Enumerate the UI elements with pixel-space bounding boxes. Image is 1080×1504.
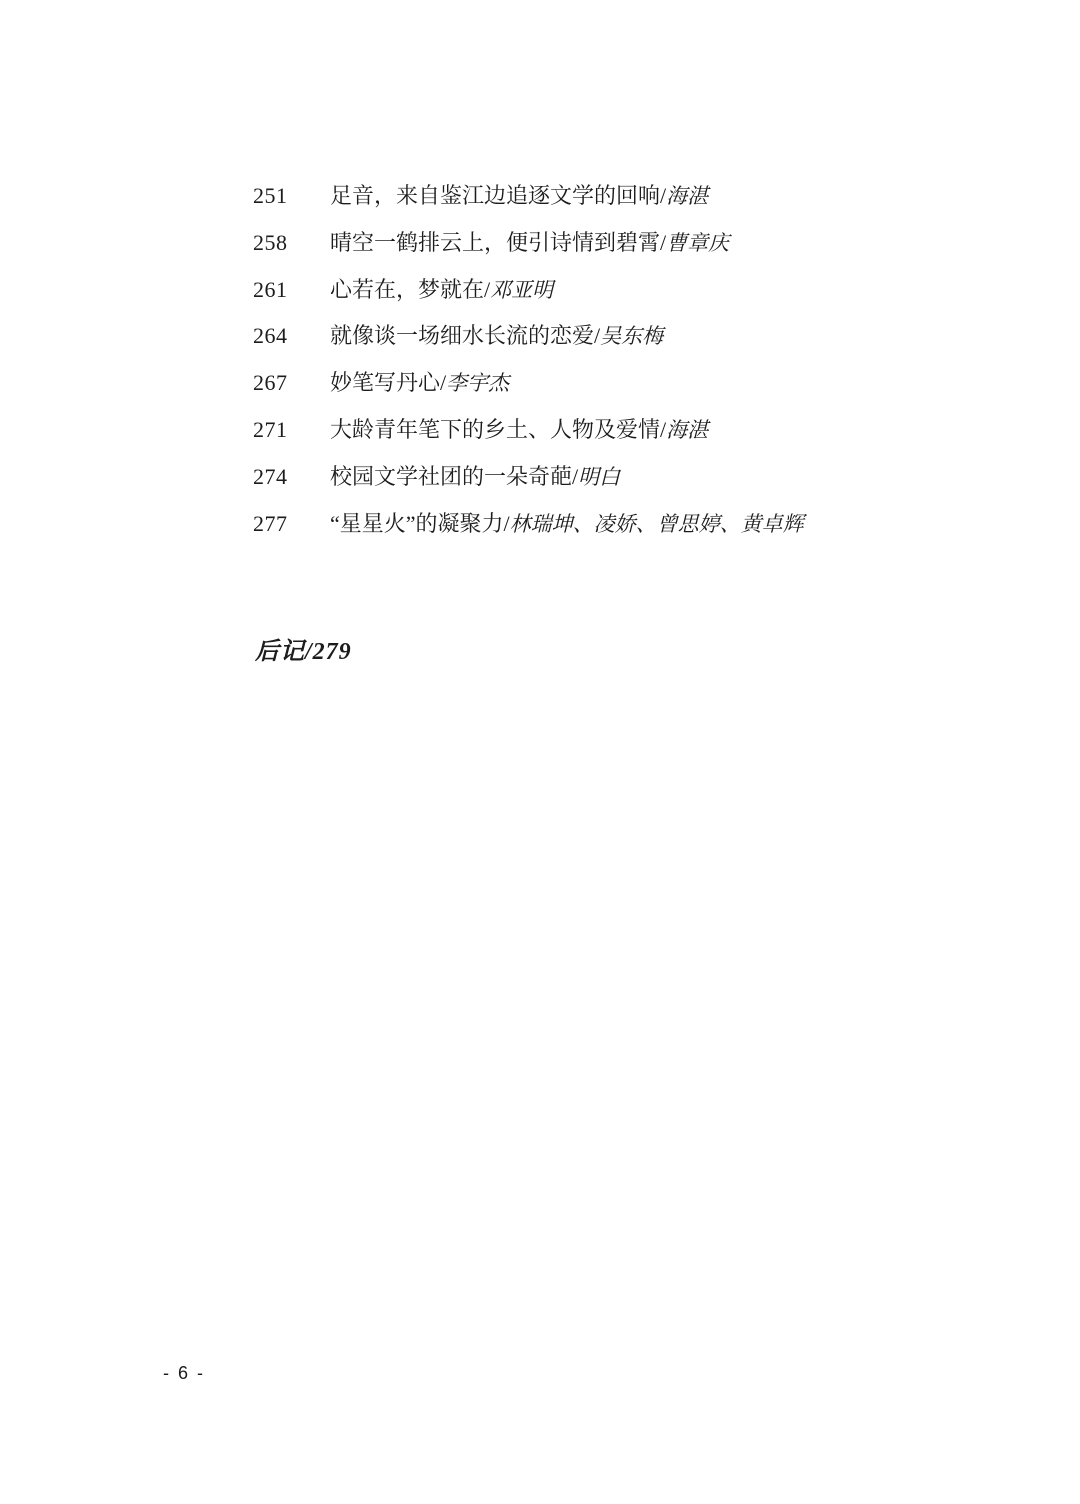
toc-page-number: 274 xyxy=(253,454,330,500)
afterword-separator: / xyxy=(305,639,313,665)
toc-entry-title: 心若在，梦就在 xyxy=(330,277,484,302)
toc-entry-title: 足音，来自鉴江边追逐文学的回响 xyxy=(330,183,660,208)
afterword-page-number: 279 xyxy=(313,639,352,665)
toc-entry: 261心若在，梦就在/邓亚明 xyxy=(253,267,1000,314)
toc-entry: 251足音，来自鉴江边追逐文学的回响/海湛 xyxy=(253,173,1000,220)
toc-entry-author: 海湛 xyxy=(666,418,708,442)
toc-page-number: 271 xyxy=(253,407,330,453)
toc-entry-author: 林瑞坤、凌娇、曾思婷、黄卓辉 xyxy=(510,512,804,536)
toc-entry: 274校园文学社团的一朵奇葩/明白 xyxy=(253,454,1000,501)
toc-page-number: 251 xyxy=(253,173,330,219)
document-page: 251足音，来自鉴江边追逐文学的回响/海湛 258晴空一鹤排云上，便引诗情到碧霄… xyxy=(0,0,1080,1504)
toc-entry: 264就像谈一场细水长流的恋爱/吴东梅 xyxy=(253,313,1000,360)
toc-entry-author: 海湛 xyxy=(666,184,708,208)
footer-page-number: - 6 - xyxy=(163,1363,205,1383)
table-of-contents: 251足音，来自鉴江边追逐文学的回响/海湛 258晴空一鹤排云上，便引诗情到碧霄… xyxy=(253,173,1000,547)
toc-entry-author: 曹章庆 xyxy=(666,231,729,255)
toc-entry-author: 邓亚明 xyxy=(490,278,553,302)
toc-entry-title: 妙笔写丹心 xyxy=(330,370,440,395)
toc-entry: 258晴空一鹤排云上，便引诗情到碧霄/曹章庆 xyxy=(253,220,1000,267)
toc-entry-title: 校园文学社团的一朵奇葩 xyxy=(330,464,572,489)
toc-page-number: 267 xyxy=(253,360,330,406)
toc-page-number: 264 xyxy=(253,313,330,359)
toc-page-number: 277 xyxy=(253,501,330,547)
toc-entry-author: 李宇杰 xyxy=(446,371,509,395)
afterword-entry: 后记/279 xyxy=(255,637,352,667)
toc-entry-title: “星星火”的凝聚力 xyxy=(330,511,504,536)
toc-entry: 267妙笔写丹心/李宇杰 xyxy=(253,360,1000,407)
toc-entry-author: 吴东梅 xyxy=(600,324,663,348)
toc-page-number: 258 xyxy=(253,220,330,266)
toc-entry: 271大龄青年笔下的乡土、人物及爱情/海湛 xyxy=(253,407,1000,454)
toc-entry-author: 明白 xyxy=(578,465,620,489)
toc-entry-title: 晴空一鹤排云上，便引诗情到碧霄 xyxy=(330,230,660,255)
afterword-label: 后记 xyxy=(255,639,305,665)
page-footer: - 6 - xyxy=(163,1362,205,1384)
toc-entry-title: 大龄青年笔下的乡土、人物及爱情 xyxy=(330,417,660,442)
toc-page-number: 261 xyxy=(253,267,330,313)
toc-entry: 277“星星火”的凝聚力/林瑞坤、凌娇、曾思婷、黄卓辉 xyxy=(253,501,1000,548)
toc-entry-title: 就像谈一场细水长流的恋爱 xyxy=(330,323,594,348)
